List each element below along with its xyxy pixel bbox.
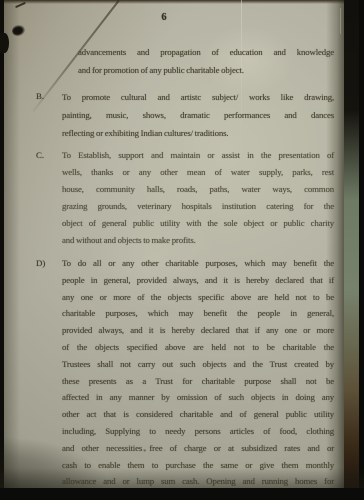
text-line: To Establish, support and maintain or as… [62,147,334,164]
text-line: and other necessities free of charge or … [62,440,334,457]
paragraph-d: To do all or any other charitable purpos… [62,255,334,490]
typewritten-text-layer: 6 advancements and propagation of educat… [0,0,364,500]
text-line: affected in any manner by omission of su… [62,389,334,406]
text-line: wells, thanks or any other mean of water… [62,164,334,181]
text-line: house, community halls, roads, paths, wa… [62,181,334,198]
paragraph-label-d: D) [36,258,45,268]
paragraph-b: To promote cultural and artistc subject/… [62,88,334,142]
text-line: grazing grounds, veterinary hospitals in… [62,198,334,215]
text-line: these presents as a Trust for charitable… [62,373,334,390]
text-line: any one or more of the objects specific … [62,289,334,306]
text-line: To do all or any other charitable purpos… [62,255,334,272]
text-line: and without and objects to make profits. [62,232,334,249]
text-line: people in general, provided always, and … [62,272,334,289]
paragraph-c: To Establish, support and maintain or as… [62,147,334,248]
text-line: and for promotion of any public charitab… [78,61,334,79]
text-line: other act that is considered charitable … [62,406,334,423]
text-line: Trustees shall not carry out such object… [62,356,334,373]
scanned-document-page: 6 advancements and propagation of educat… [0,0,364,500]
text-line: reflecting or exhibiting Indian cultures… [62,124,334,142]
text-line: allowance and or lump sum cash. Opening … [62,473,334,490]
text-line: cash to enable them to purchase the same… [62,457,334,474]
handwritten-insertion-mark: * [143,448,147,456]
text-line: of the objects specified above are held … [62,339,334,356]
text-line: provided always, and it is hereby declar… [62,322,334,339]
paragraph-a-continuation: advancements and propagation of educatio… [78,43,334,79]
text-line: object of general public utility with th… [62,215,334,232]
text-line: charitable purposes, which may benefit t… [62,305,334,322]
text-line: advancements and propagation of educatio… [78,43,334,61]
paragraph-label-b: B. [36,91,44,101]
text-line: To promote cultural and artistc subject/… [62,88,334,106]
page-number: 6 [155,12,173,23]
text-line: painting, music, shows, dramatic perform… [62,106,334,124]
paragraph-label-c: C. [36,150,44,160]
text-line: including, Supplying to needy persons ar… [62,423,334,440]
